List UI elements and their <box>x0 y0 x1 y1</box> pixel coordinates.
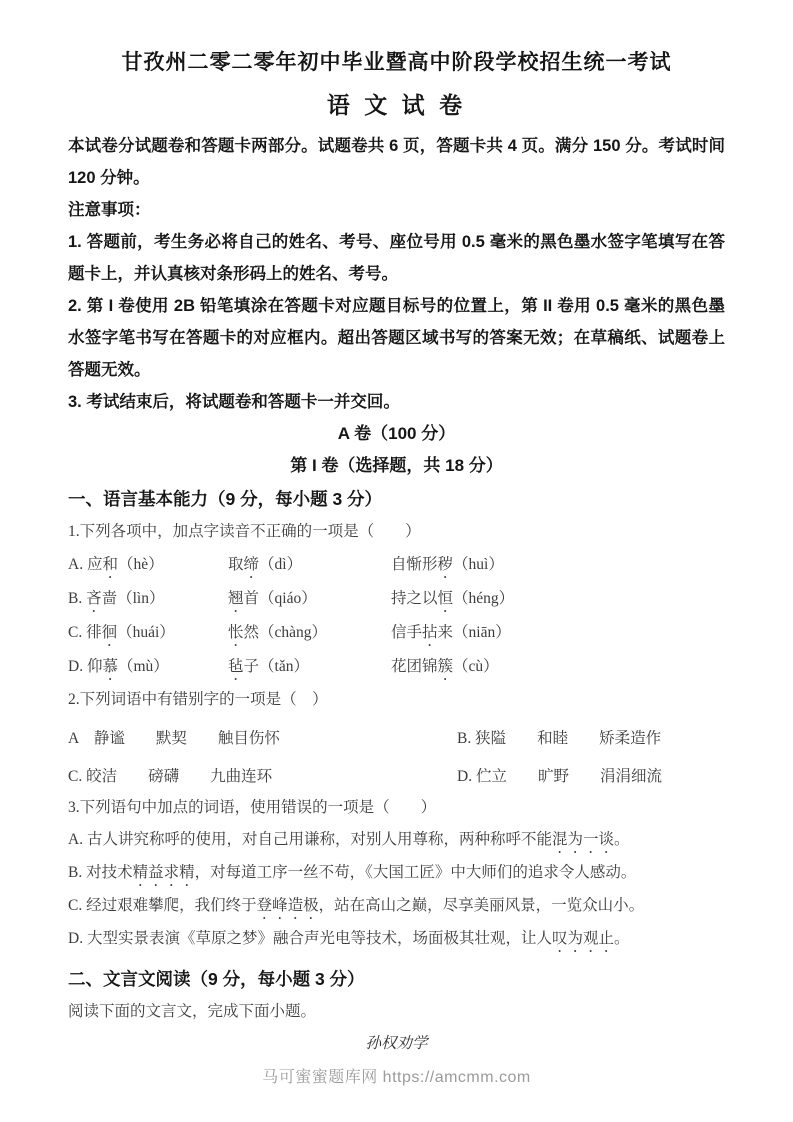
exam-intro: 本试卷分试题卷和答题卡两部分。试题卷共 6 页，答题卡共 4 页。满分 150 … <box>68 130 725 194</box>
q1-option-b2: 翘首（qiáo） <box>228 582 391 616</box>
q1-option-c1: C. 徘徊（huái） <box>68 616 228 650</box>
q1-option-row-c: C. 徘徊（huái） 怅然（chàng） 信手拈来（niān） <box>68 616 725 650</box>
q1-option-a3: 自惭形秽（huì） <box>391 548 725 582</box>
notice-item-2: 2. 第 I 卷使用 2B 铅笔填涂在答题卡对应题目标号的位置上，第 II 卷用… <box>68 290 725 386</box>
q1-option-d3: 花团锦簇（cù） <box>391 650 725 684</box>
q1-stem: 1.下列各项中，加点字读音不正确的一项是（ ） <box>68 516 725 548</box>
q1-option-row-d: D. 仰慕（mù） 毡子（tǎn） 花团锦簇（cù） <box>68 650 725 684</box>
exam-paper-page: 甘孜州二零二零年初中毕业暨高中阶段学校招生统一考试 语 文 试 卷 本试卷分试题… <box>0 0 793 1122</box>
q1-option-b3: 持之以恒（héng） <box>391 582 725 616</box>
q3-option-a: A. 古人讲究称呼的使用，对自己用谦称，对别人用尊称，两种称呼不能混为一谈。 <box>68 824 725 857</box>
q3-option-b: B. 对技术精益求精，对每道工序一丝不苟，《大国工匠》中大师们的追求令人感动。 <box>68 857 725 890</box>
q2-option-row-cd: C. 皎洁 磅礴 九曲连环 D. 伫立 旷野 涓涓细流 <box>68 761 725 792</box>
section2-heading: 二、文言文阅读（9 分，每小题 3 分） <box>68 962 725 996</box>
section1-heading: 一、语言基本能力（9 分，每小题 3 分） <box>68 482 725 516</box>
passage-title: 孙权劝学 <box>68 1028 725 1060</box>
q2-option-a: A 静谧 默契 触目伤怀 <box>68 723 457 754</box>
q3-option-c: C. 经过艰难攀爬，我们终于登峰造极，站在高山之巅，尽享美丽风景，一览众山小。 <box>68 890 725 923</box>
q2-option-row-ab: A 静谧 默契 触目伤怀 B. 狭隘 和睦 矫柔造作 <box>68 723 725 754</box>
q1-option-row-b: B. 吝啬（lìn） 翘首（qiáo） 持之以恒（héng） <box>68 582 725 616</box>
subject-title: 语 文 试 卷 <box>68 88 725 122</box>
q1-option-a1: A. 应和（hè） <box>68 548 228 582</box>
q1-option-c3: 信手拈来（niān） <box>391 616 725 650</box>
q1-option-b1: B. 吝啬（lìn） <box>68 582 228 616</box>
q1-option-a2: 取缔（dì） <box>228 548 391 582</box>
exam-title: 甘孜州二零二零年初中毕业暨高中阶段学校招生统一考试 <box>68 48 725 78</box>
q3-option-d: D. 大型实景表演《草原之梦》融合声光电等技术，场面极其壮观，让人叹为观止。 <box>68 923 725 956</box>
volume-a-heading: A 卷（100 分） <box>68 418 725 450</box>
part1-heading: 第 I 卷（选择题，共 18 分） <box>68 450 725 482</box>
watermark-text: 马可蜜蜜题库网 https://amcmm.com <box>0 1068 793 1088</box>
q2-option-b: B. 狭隘 和睦 矫柔造作 <box>457 723 725 754</box>
q1-option-d1: D. 仰慕（mù） <box>68 650 228 684</box>
q1-option-c2: 怅然（chàng） <box>228 616 391 650</box>
q2-option-d: D. 伫立 旷野 涓涓细流 <box>457 761 725 792</box>
reading-instruction: 阅读下面的文言文，完成下面小题。 <box>68 996 725 1028</box>
q2-stem: 2.下列词语中有错别字的一项是（ ） <box>68 684 725 716</box>
notices-heading: 注意事项： <box>68 194 725 226</box>
q3-stem: 3.下列语句中加点的词语，使用错误的一项是（ ） <box>68 792 725 824</box>
q1-option-d2: 毡子（tǎn） <box>228 650 391 684</box>
notice-item-3: 3. 考试结束后，将试题卷和答题卡一并交回。 <box>68 386 725 418</box>
q2-option-c: C. 皎洁 磅礴 九曲连环 <box>68 761 457 792</box>
notice-item-1: 1. 答题前，考生务必将自己的姓名、考号、座位号用 0.5 毫米的黑色墨水签字笔… <box>68 226 725 290</box>
q1-option-row-a: A. 应和（hè） 取缔（dì） 自惭形秽（huì） <box>68 548 725 582</box>
